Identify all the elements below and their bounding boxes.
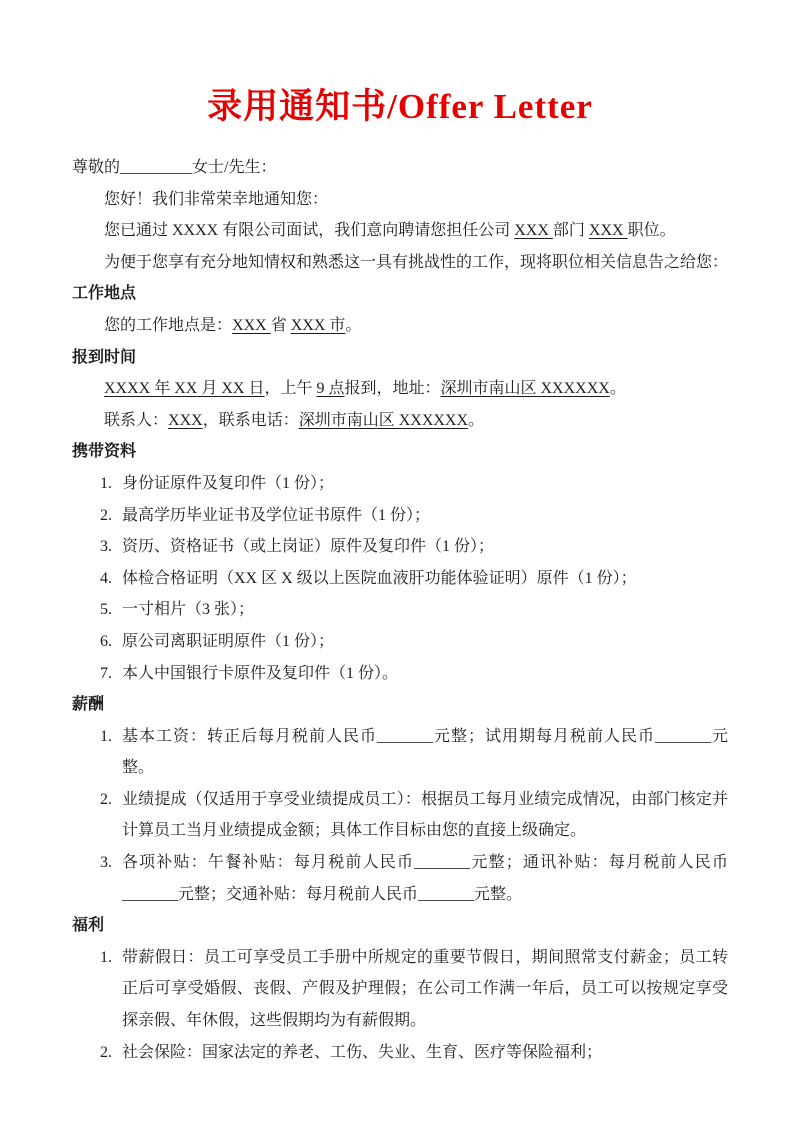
salary-item-3: 3. 各项补贴：午餐补贴：每月税前人民币_______元整；通讯补贴：每月税前人… bbox=[100, 847, 728, 910]
list-item-text: 各项补贴：午餐补贴：每月税前人民币_______元整；通讯补贴：每月税前人民币_… bbox=[122, 847, 728, 910]
list-item-text: 资历、资格证书（或上岗证）原件及复印件（1 份）； bbox=[122, 531, 728, 563]
welfare-item-2: 2. 社会保险：国家法定的养老、工伤、失业、生育、医疗等保险福利； bbox=[100, 1037, 728, 1069]
list-number: 1. bbox=[100, 468, 122, 500]
greeting-line: 您好！我们非常荣幸地通知您： bbox=[72, 184, 728, 216]
section-heading-report-time: 报到时间 bbox=[72, 342, 728, 374]
text-segment: ，联系电话： bbox=[203, 412, 299, 429]
purpose-line: 为便于您享有充分地知情权和熟悉这一具有挑战性的工作，现将职位相关信息告之给您： bbox=[72, 247, 728, 279]
text-segment: _________ bbox=[120, 159, 192, 176]
underlined-placeholder-text: XXX bbox=[168, 412, 203, 429]
materials-item-2: 2. 最高学历毕业证书及学位证书原件（1 份）； bbox=[100, 500, 728, 532]
materials-item-1: 1. 身份证原件及复印件（1 份）； bbox=[100, 468, 728, 500]
text-segment: 您已通过 XXXX 有限公司面试，我们意向聘请您担任公司 bbox=[104, 222, 514, 239]
text-segment: 部门 bbox=[553, 222, 589, 239]
underlined-placeholder-text: XXXX 年 XX 月 XX 日 bbox=[104, 380, 264, 397]
text-segment: 职位。 bbox=[628, 222, 676, 239]
text-segment: 省 bbox=[271, 317, 291, 334]
section-heading-salary: 薪酬 bbox=[72, 689, 728, 721]
text-segment: 。 bbox=[345, 317, 361, 334]
list-item-text: 基本工资：转正后每月税前人民币_______元整；试用期每月税前人民币_____… bbox=[122, 721, 728, 784]
list-item-text: 本人中国银行卡原件及复印件（1 份）。 bbox=[122, 658, 728, 690]
text-segment: 您的工作地点是： bbox=[104, 317, 232, 334]
list-number: 2. bbox=[100, 784, 122, 847]
contact-line: 联系人：XXX，联系电话：深圳市南山区 XXXXXX。 bbox=[72, 405, 728, 437]
salary-item-1: 1. 基本工资：转正后每月税前人民币_______元整；试用期每月税前人民币__… bbox=[100, 721, 728, 784]
list-number: 2. bbox=[100, 500, 122, 532]
list-number: 7. bbox=[100, 658, 122, 690]
underlined-placeholder-text: XXX 市 bbox=[291, 317, 346, 334]
underlined-placeholder-text: XXX bbox=[232, 317, 271, 334]
list-number: 3. bbox=[100, 531, 122, 563]
text-segment: 报到，地址： bbox=[344, 380, 440, 397]
underlined-placeholder-text: XXX bbox=[514, 222, 553, 239]
materials-item-5: 5. 一寸相片（3 张）； bbox=[100, 594, 728, 626]
list-number: 2. bbox=[100, 1037, 122, 1069]
offer-line: 您已通过 XXXX 有限公司面试，我们意向聘请您担任公司 XXX 部门 XXX … bbox=[72, 215, 728, 247]
materials-item-6: 6. 原公司离职证明原件（1 份）； bbox=[100, 626, 728, 658]
offer-letter-page: 录用通知书/Offer Letter 尊敬的_________女士/先生： 您好… bbox=[0, 0, 800, 1131]
list-item-text: 原公司离职证明原件（1 份）； bbox=[122, 626, 728, 658]
underlined-placeholder-text: 深圳市南山区 XXXXXX bbox=[441, 380, 610, 397]
list-item-text: 身份证原件及复印件（1 份）； bbox=[122, 468, 728, 500]
materials-item-7: 7. 本人中国银行卡原件及复印件（1 份）。 bbox=[100, 658, 728, 690]
text-segment: 联系人： bbox=[104, 412, 168, 429]
document-title: 录用通知书/Offer Letter bbox=[72, 84, 728, 130]
list-item-text: 带薪假日：员工可享受员工手册中所规定的重要节假日，期间照常支付薪金；员工转正后可… bbox=[122, 942, 728, 1037]
section-heading-welfare: 福利 bbox=[72, 910, 728, 942]
text-segment: 尊敬的 bbox=[72, 159, 120, 176]
underlined-placeholder-text: XXX bbox=[589, 222, 628, 239]
salutation-line: 尊敬的_________女士/先生： bbox=[72, 152, 728, 184]
list-item-text: 社会保险：国家法定的养老、工伤、失业、生育、医疗等保险福利； bbox=[122, 1037, 728, 1069]
materials-item-4: 4. 体检合格证明（XX 区 X 级以上医院血液肝功能体验证明）原件（1 份）； bbox=[100, 563, 728, 595]
text-segment: 。 bbox=[468, 412, 484, 429]
list-number: 5. bbox=[100, 594, 122, 626]
list-number: 1. bbox=[100, 721, 122, 784]
text-segment: ，上午 bbox=[264, 380, 316, 397]
list-item-text: 业绩提成（仅适用于享受业绩提成员工）：根据员工每月业绩完成情况，由部门核定并计算… bbox=[122, 784, 728, 847]
materials-item-3: 3. 资历、资格证书（或上岗证）原件及复印件（1 份）； bbox=[100, 531, 728, 563]
list-item-text: 体检合格证明（XX 区 X 级以上医院血液肝功能体验证明）原件（1 份）； bbox=[122, 563, 728, 595]
list-item-text: 一寸相片（3 张）； bbox=[122, 594, 728, 626]
text-segment: 女士/先生： bbox=[192, 159, 276, 176]
text-segment: 。 bbox=[610, 380, 626, 397]
section-heading-materials: 携带资料 bbox=[72, 436, 728, 468]
underlined-placeholder-text: 深圳市南山区 XXXXXX bbox=[299, 412, 468, 429]
workplace-line: 您的工作地点是：XXX 省 XXX 市。 bbox=[72, 310, 728, 342]
report-date-line: XXXX 年 XX 月 XX 日，上午 9 点报到，地址：深圳市南山区 XXXX… bbox=[72, 373, 728, 405]
list-number: 4. bbox=[100, 563, 122, 595]
salary-item-2: 2. 业绩提成（仅适用于享受业绩提成员工）：根据员工每月业绩完成情况，由部门核定… bbox=[100, 784, 728, 847]
section-heading-workplace: 工作地点 bbox=[72, 278, 728, 310]
list-number: 1. bbox=[100, 942, 122, 1037]
welfare-item-1: 1. 带薪假日：员工可享受员工手册中所规定的重要节假日，期间照常支付薪金；员工转… bbox=[100, 942, 728, 1037]
list-item-text: 最高学历毕业证书及学位证书原件（1 份）； bbox=[122, 500, 728, 532]
list-number: 3. bbox=[100, 847, 122, 910]
underlined-placeholder-text: 9 点 bbox=[316, 380, 344, 397]
list-number: 6. bbox=[100, 626, 122, 658]
